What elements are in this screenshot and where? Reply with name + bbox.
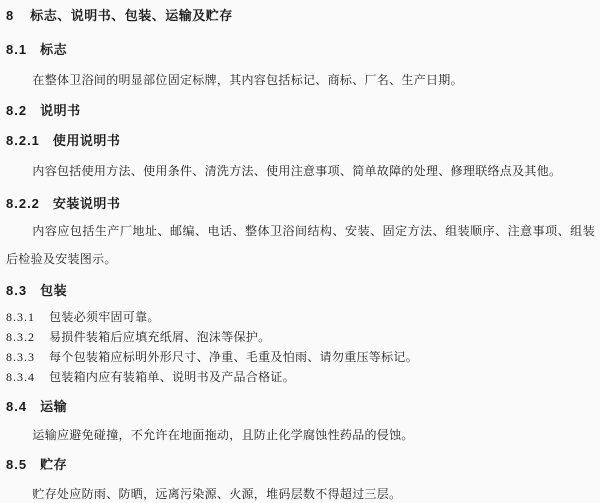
list-item-8-3-2: 8.3.2易损件装箱后应填充纸屑、泡沫等保护。 <box>6 329 595 345</box>
chapter-heading: 8标志、说明书、包装、运输及贮存 <box>6 8 595 24</box>
section-heading-8-2: 8.2说明书 <box>6 103 595 119</box>
subsection-title: 安装说明书 <box>53 196 121 211</box>
list-item-8-3-4: 8.3.4包装箱内应有装箱单、说明书及产品合格证。 <box>6 369 595 385</box>
item-text: 包装箱内应有装箱单、说明书及产品合格证。 <box>49 370 295 384</box>
paragraph-8-4: 运输应避免碰撞，不允许在地面拖动，且防止化学腐蚀性药品的侵蚀。 <box>6 427 595 443</box>
subsection-title: 使用说明书 <box>53 133 121 148</box>
paragraph-8-1: 在整体卫浴间的明显部位固定标牌，其内容包括标记、商标、厂名、生产日期。 <box>6 72 595 88</box>
chapter-number: 8 <box>6 8 14 23</box>
section-heading-8-1: 8.1标志 <box>6 42 595 58</box>
section-number: 8.4 <box>6 399 27 414</box>
section-number: 8.5 <box>6 457 27 472</box>
list-item-8-3-1: 8.3.1包装必须牢固可靠。 <box>6 309 595 325</box>
paragraph-8-5: 贮存处应防雨、防晒，远离污染源、火源，堆码层数不得超过三层。 <box>6 486 595 502</box>
item-number: 8.3.4 <box>6 370 35 384</box>
item-number: 8.3.1 <box>6 310 35 324</box>
subsection-heading-8-2-1: 8.2.1使用说明书 <box>6 133 595 149</box>
section-title: 运输 <box>40 399 67 414</box>
item-number: 8.3.2 <box>6 330 35 344</box>
section-heading-8-3: 8.3包装 <box>6 283 595 299</box>
section-number: 8.3 <box>6 283 27 298</box>
item-text: 每个包装箱应标明外形尺寸、净重、毛重及怕雨、请勿重压等标记。 <box>49 350 418 364</box>
section-title: 包装 <box>40 283 67 298</box>
paragraph-8-2-1: 内容包括使用方法、使用条件、清洗方法、使用注意事项、简单故障的处理、修理联络点及… <box>6 163 595 179</box>
section-heading-8-4: 8.4运输 <box>6 399 595 415</box>
subsection-heading-8-2-2: 8.2.2安装说明书 <box>6 196 595 212</box>
section-number: 8.2 <box>6 103 27 118</box>
subsection-number: 8.2.2 <box>6 196 40 211</box>
section-title: 说明书 <box>40 103 81 118</box>
document-page: 8标志、说明书、包装、运输及贮存 8.1标志 在整体卫浴间的明显部位固定标牌，其… <box>0 0 600 503</box>
section-heading-8-5: 8.5贮存 <box>6 457 595 473</box>
section-title: 标志 <box>40 42 67 57</box>
paragraph-8-2-2: 内容应包括生产厂地址、邮编、电话、整体卫浴间结构、安装、固定方法、组装顺序、注意… <box>6 217 595 273</box>
section-number: 8.1 <box>6 42 27 57</box>
item-text: 易损件装箱后应填充纸屑、泡沫等保护。 <box>49 330 270 344</box>
section-title: 贮存 <box>40 457 67 472</box>
item-number: 8.3.3 <box>6 350 35 364</box>
item-text: 包装必须牢固可靠。 <box>49 310 160 324</box>
subsection-number: 8.2.1 <box>6 133 40 148</box>
list-item-8-3-3: 8.3.3每个包装箱应标明外形尺寸、净重、毛重及怕雨、请勿重压等标记。 <box>6 349 595 365</box>
chapter-title: 标志、说明书、包装、运输及贮存 <box>30 8 233 23</box>
